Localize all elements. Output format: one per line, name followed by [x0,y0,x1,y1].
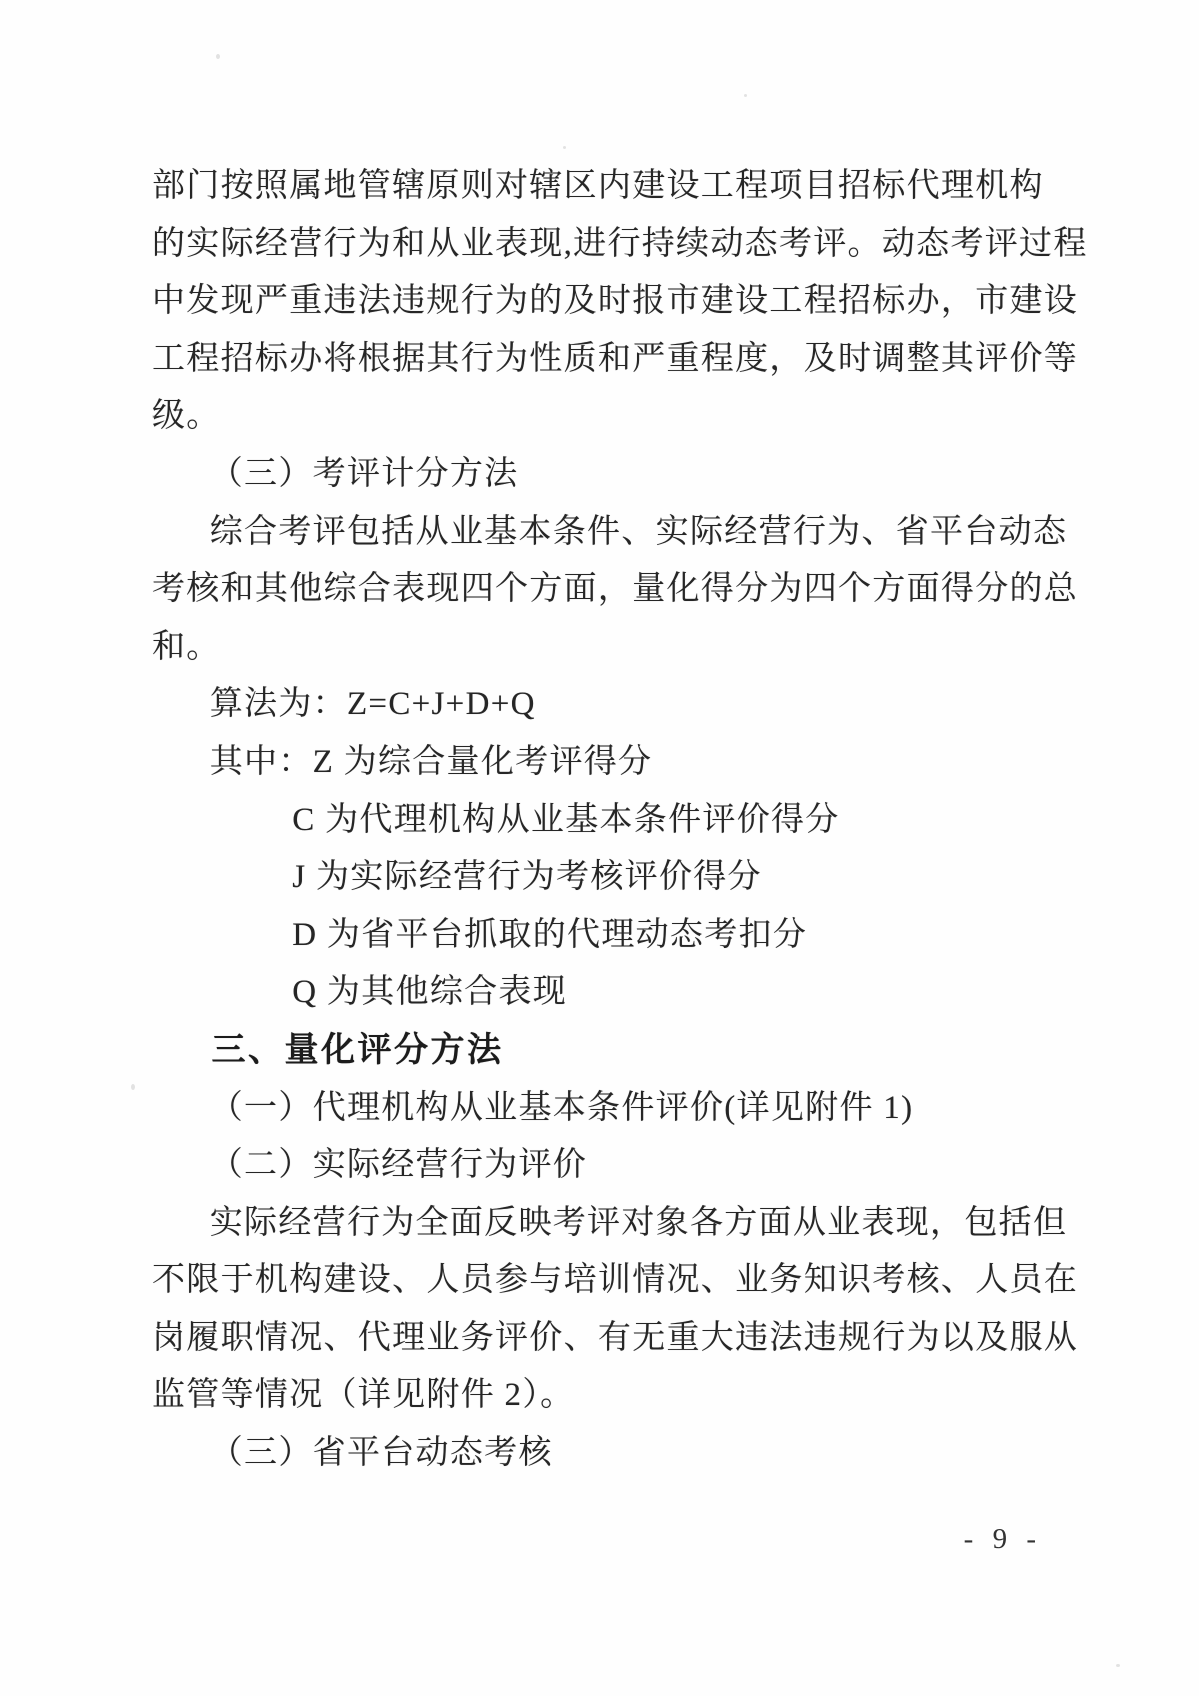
scan-speck [152,415,155,418]
section-heading-3-scoring-method: （三）考评计分方法 [152,446,1047,504]
scan-speck [1116,1664,1120,1667]
formula-term-d: D 为省平台抓取的代理动态考扣分 [152,907,1047,965]
text-line: 监管等情况（详见附件 2）。 [152,1367,1047,1425]
text-line: 工程招标办将根据其行为性质和严重程度，及时调整其评价等 [152,331,1047,389]
text-line: 考核和其他综合表现四个方面，量化得分为四个方面得分的总 [152,561,1047,619]
scan-speck [744,94,747,97]
text-line: 和。 [152,619,1047,677]
document-body: 部门按照属地管辖原则对辖区内建设工程项目招标代理机构 的实际经营行为和从业表现,… [152,158,1047,1483]
text-line: 岗履职情况、代理业务评价、有无重大违法违规行为以及服从 [152,1310,1047,1368]
document-page: 部门按照属地管辖原则对辖区内建设工程项目招标代理机构 的实际经营行为和从业表现,… [0,0,1199,1696]
formula-line: 算法为：Z=C+J+D+Q [152,676,1047,734]
text-line: 不限于机构建设、人员参与培训情况、业务知识考核、人员在 [152,1252,1047,1310]
chapter-heading-quantitative-scoring: 三、量化评分方法 [152,1022,1047,1080]
formula-term-q: Q 为其他综合表现 [152,964,1047,1022]
scan-speck [563,146,566,149]
text-line: 中发现严重违法违规行为的及时报市建设工程招标办，市建设 [152,273,1047,331]
text-line: 综合考评包括从业基本条件、实际经营行为、省平台动态 [152,504,1047,562]
formula-term-z: 其中：Z 为综合量化考评得分 [152,734,1047,792]
formula-term-c: C 为代理机构从业基本条件评价得分 [152,792,1047,850]
text-line: 级。 [152,388,1047,446]
text-line: 部门按照属地管辖原则对辖区内建设工程项目招标代理机构 [152,158,1047,216]
text-line: 的实际经营行为和从业表现,进行持续动态考评。动态考评过程 [152,216,1047,274]
section-heading-3-provincial-platform: （三）省平台动态考核 [152,1425,1047,1483]
text-line: 实际经营行为全面反映考评对象各方面从业表现，包括但 [152,1195,1047,1253]
page-number: - 9 - [964,1523,1042,1556]
scan-speck [131,1084,135,1090]
scan-speck [216,54,220,59]
section-heading-1-basic-conditions: （一）代理机构从业基本条件评价(详见附件 1) [152,1080,1047,1138]
formula-term-j: J 为实际经营行为考核评价得分 [152,849,1047,907]
section-heading-2-business-conduct: （二）实际经营行为评价 [152,1137,1047,1195]
